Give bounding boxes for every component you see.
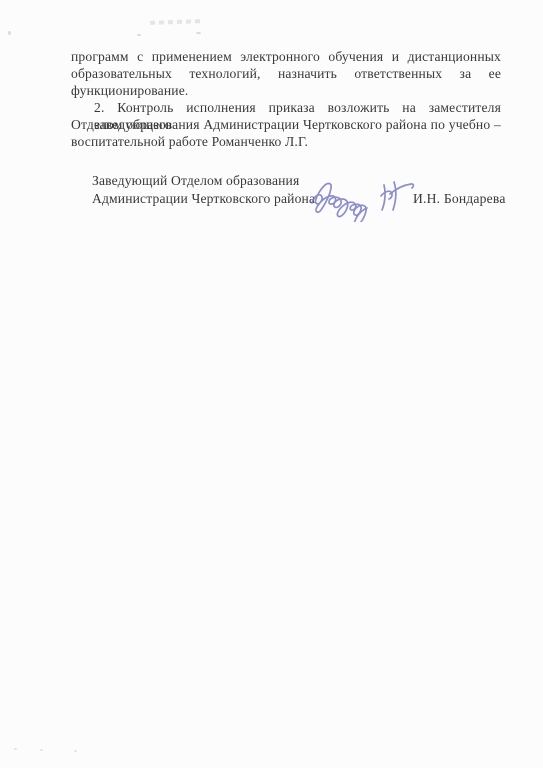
paragraph1-line-1: программ с применением электронного обуч…	[71, 48, 501, 65]
scan-speck	[74, 750, 77, 752]
signature-stroke-p	[381, 185, 392, 210]
scan-speck	[8, 31, 11, 35]
order-body-text: программ с применением электронного обуч…	[71, 48, 501, 150]
handwritten-signature	[306, 172, 418, 222]
paragraph1-line-2: образовательных технологий, назначить от…	[71, 65, 501, 82]
signature-stroke-tail	[390, 182, 413, 210]
signatory-name: И.Н. Бондарева	[413, 191, 506, 207]
paragraph2-line-3: воспитательной работе Романченко Л.Г.	[71, 133, 501, 150]
scanned-document-page: программ с применением электронного обуч…	[0, 0, 543, 768]
signatory-position-line-1: Заведующий Отделом образования	[92, 172, 315, 190]
scan-speck	[40, 749, 43, 751]
signatory-position-line-2: Администрации Чертковского района	[92, 190, 315, 208]
paragraph2-line-2: Отделом образования Администрации Чертко…	[71, 116, 501, 133]
scan-speck	[137, 34, 141, 36]
paragraph2-line-1: 2. Контроль исполнения приказа возложить…	[71, 99, 501, 116]
signature-stroke-main	[312, 184, 367, 222]
scan-smudge	[150, 19, 202, 25]
scan-speck	[196, 32, 201, 34]
scan-speck	[14, 748, 17, 750]
signatory-position-block: Заведующий Отделом образования Администр…	[92, 172, 315, 208]
paragraph1-line-3: функционирование.	[71, 82, 501, 99]
